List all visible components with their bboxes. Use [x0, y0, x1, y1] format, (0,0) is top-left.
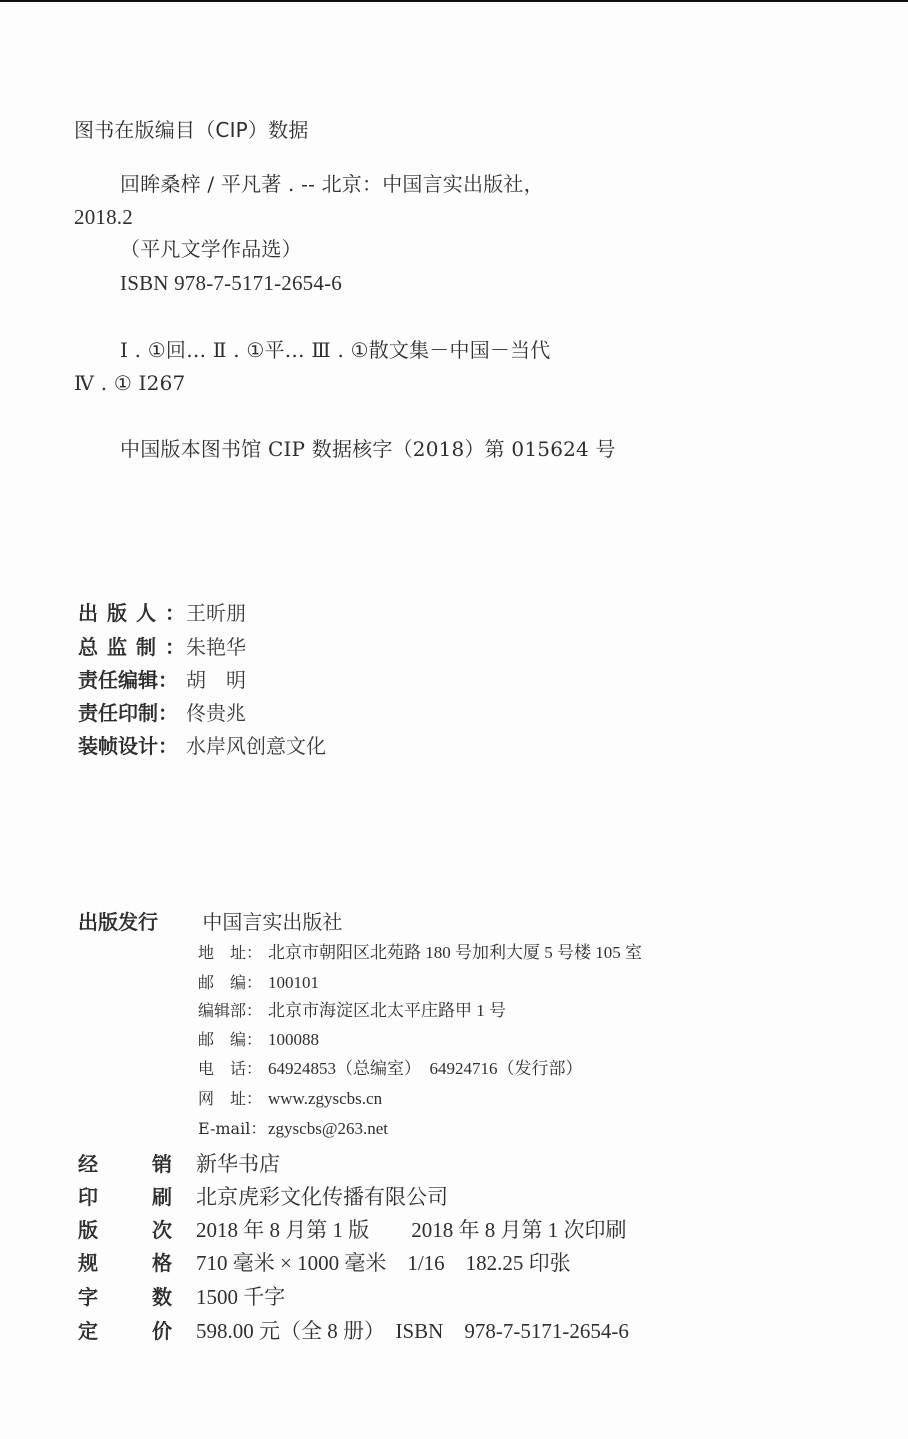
staff-value: 朱艳华	[186, 634, 246, 660]
publisher-phone: 电 话：64924853（总编室） 64924716（发行部）	[198, 1058, 583, 1080]
spec-row-printer: 印刷 北京虎彩文化传播有限公司	[78, 1184, 448, 1210]
email-link[interactable]: zgyscbs@263.net	[268, 1119, 388, 1138]
website-link[interactable]: www.zgyscbs.cn	[268, 1089, 382, 1108]
detail-value: 100101	[268, 973, 319, 992]
staff-label: 装帧设计：	[78, 733, 186, 759]
publisher-email: E-mail：zgyscbs@263.net	[198, 1118, 388, 1140]
detail-label: 邮 编：	[198, 1029, 268, 1051]
spec-label: 定价	[78, 1318, 172, 1344]
detail-value: 64924853（总编室） 64924716（发行部）	[268, 1059, 583, 1078]
detail-label: 网 址：	[198, 1088, 268, 1110]
spec-row-edition: 版次 2018 年 8 月第 1 版 2018 年 8 月第 1 次印刷	[78, 1217, 627, 1243]
editorial-office-postcode: 邮 编：100088	[198, 1029, 319, 1051]
spec-value: 2018 年 8 月第 1 版 2018 年 8 月第 1 次印刷	[196, 1217, 627, 1243]
detail-label: E-mail：	[198, 1118, 268, 1140]
top-border-rule	[0, 0, 908, 2]
editorial-office-address: 编辑部：北京市海淀区北太平庄路甲 1 号	[198, 1000, 506, 1022]
detail-label: 电 话：	[198, 1058, 268, 1080]
spec-row-format: 规格 710 毫米 × 1000 毫米 1/16 182.25 印张	[78, 1250, 571, 1276]
spec-row-distributor: 经销 新华书店	[78, 1151, 280, 1177]
staff-value: 水岸风创意文化	[186, 733, 326, 759]
spec-label: 字数	[78, 1284, 172, 1310]
staff-value: 胡 明	[186, 667, 246, 693]
publisher-postcode: 邮 编：100101	[198, 972, 319, 994]
detail-label: 编辑部：	[198, 1000, 268, 1022]
cip-series-line: （平凡文学作品选）	[120, 236, 302, 262]
cip-subject-line: Ⅰ . ①回… Ⅱ . ①平… Ⅲ . ①散文集－中国－当代	[120, 337, 551, 363]
cip-approval-number: 中国版本图书馆 CIP 数据核字（2018）第 015624 号	[120, 436, 616, 462]
spec-value: 710 毫米 × 1000 毫米 1/16 182.25 印张	[196, 1250, 571, 1276]
staff-value: 佟贵兆	[186, 700, 246, 726]
staff-label: 总监制：	[78, 634, 186, 660]
spec-row-word-count: 字数 1500 千字	[78, 1284, 285, 1310]
cip-classification: Ⅳ . ① I267	[74, 370, 185, 396]
detail-value: 100088	[268, 1030, 319, 1049]
spec-value: 1500 千字	[196, 1284, 285, 1310]
cip-isbn: ISBN 978-7-5171-2654-6	[120, 270, 342, 296]
publisher-name: 中国言实出版社	[202, 910, 342, 934]
staff-label: 责任编辑：	[78, 667, 186, 693]
staff-row-editor: 责任编辑： 胡 明	[78, 667, 246, 693]
staff-row-designer: 装帧设计： 水岸风创意文化	[78, 733, 326, 759]
spec-label: 规格	[78, 1250, 172, 1276]
staff-value: 王昕朋	[186, 600, 246, 626]
staff-label: 责任印制：	[78, 700, 186, 726]
spec-value: 北京虎彩文化传播有限公司	[196, 1184, 448, 1210]
spec-label: 经销	[78, 1151, 172, 1177]
cip-publication-date: 2018.2	[74, 204, 133, 230]
cip-title: 图书在版编目（CIP）数据	[74, 117, 309, 143]
detail-value: 北京市朝阳区北苑路 180 号加利大厦 5 号楼 105 室	[268, 943, 642, 962]
publisher-address: 地 址：北京市朝阳区北苑路 180 号加利大厦 5 号楼 105 室	[198, 942, 642, 964]
spec-row-price: 定价 598.00 元（全 8 册） ISBN 978-7-5171-2654-…	[78, 1318, 629, 1344]
publisher-heading: 出版发行 中国言实出版社	[78, 909, 342, 935]
spec-label: 版次	[78, 1217, 172, 1243]
staff-row-print-manager: 责任印制： 佟贵兆	[78, 700, 246, 726]
detail-value: 北京市海淀区北太平庄路甲 1 号	[268, 1001, 506, 1020]
detail-label: 地 址：	[198, 942, 268, 964]
staff-row-chief-supervisor: 总监制： 朱艳华	[78, 634, 246, 660]
detail-label: 邮 编：	[198, 972, 268, 994]
publisher-label: 出版发行	[78, 909, 196, 935]
spec-value: 598.00 元（全 8 册） ISBN 978-7-5171-2654-6	[196, 1318, 629, 1344]
spec-label: 印刷	[78, 1184, 172, 1210]
spec-value: 新华书店	[196, 1151, 280, 1177]
staff-label: 出版人：	[78, 600, 186, 626]
publisher-website: 网 址：www.zgyscbs.cn	[198, 1088, 382, 1110]
cip-title-responsibility-line: 回眸桑梓 / 平凡著 . -- 北京：中国言实出版社，	[120, 171, 544, 197]
staff-row-publisher: 出版人： 王昕朋	[78, 600, 246, 626]
